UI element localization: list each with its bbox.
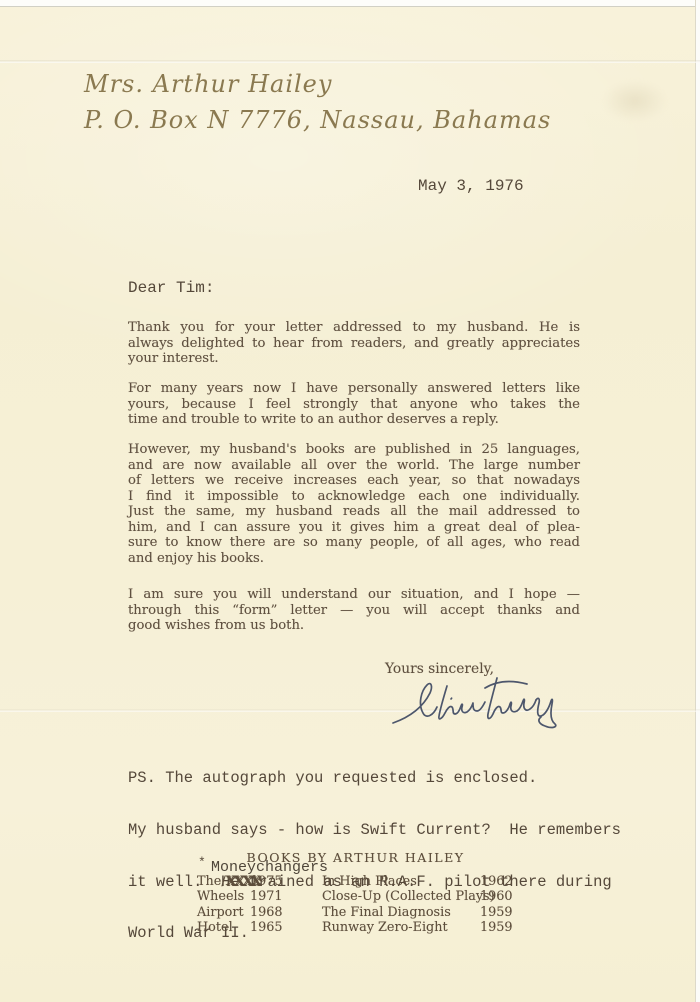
book-title: Airport	[197, 905, 244, 920]
ps-line: PS. The autograph you requested is enclo…	[128, 770, 621, 787]
body-line: sure to know there are so many people, o…	[128, 535, 580, 551]
table-row: Hotel 1965 Runway Zero-Eight 1959	[197, 920, 557, 935]
paragraph-1: Thank you for your letter addressed to m…	[128, 320, 580, 367]
signature-stroke	[451, 698, 452, 699]
scan-edge-top	[0, 6, 700, 7]
book-year: 1965	[250, 920, 283, 935]
body-line: good wishes from us both.	[128, 618, 580, 634]
fold-crease-top	[0, 60, 700, 63]
book-year: 1962	[480, 874, 513, 889]
books-list-heading: BOOKS BY ARTHUR HAILEY	[128, 850, 583, 865]
body-line: of letters we receive increases each yea…	[128, 473, 580, 489]
book-year: 1959	[480, 905, 513, 920]
signature-stroke	[536, 698, 556, 727]
body-line: always delighted to hear from readers, a…	[128, 336, 580, 352]
book-year: 1971	[250, 889, 283, 904]
book-title: The Final Diagnosis	[322, 905, 451, 920]
body-line: time and trouble to write to an author d…	[128, 412, 580, 428]
body-line: and are now available all over the world…	[128, 458, 580, 474]
body-line: I find it impossible to acknowledge each…	[128, 489, 580, 505]
body-line: Thank you for your letter addressed to m…	[128, 320, 580, 336]
book-year: 1959	[480, 920, 513, 935]
book-year: 1968	[250, 905, 283, 920]
paragraph-4: I am sure you will understand our situat…	[128, 587, 580, 634]
body-line: For many years now I have personally ans…	[128, 381, 580, 397]
book-year: 1975	[250, 874, 283, 889]
table-row: Airport 1968 The Final Diagnosis 1959	[197, 905, 557, 920]
body-line: yours, because I feel strongly that anyo…	[128, 397, 580, 413]
body-line: and enjoy his books.	[128, 551, 580, 567]
paragraph-3: However, my husband's books are publishe…	[128, 442, 580, 566]
signature-stroke	[485, 681, 527, 688]
body-line: Just the same, my husband reads all the …	[128, 504, 580, 520]
table-row: The/XXXXXXXX 1975 In High Places 1962	[197, 874, 557, 889]
scanned-letter-page: Mrs. Arthur Hailey P. O. Box N 7776, Nas…	[0, 0, 700, 1002]
book-year: 1960	[480, 889, 513, 904]
signature-stroke	[393, 684, 437, 723]
body-line: However, my husband's books are publishe…	[128, 442, 580, 458]
typed-asterisk: *	[198, 855, 206, 870]
letter-date: May 3, 1976	[418, 177, 524, 195]
scan-edge-right	[695, 0, 700, 1002]
book-title: Wheels	[197, 889, 244, 904]
book-title: Close-Up (Collected Plays)	[322, 889, 495, 904]
title-prefix: The/	[197, 874, 226, 889]
paragraph-2: For many years now I have personally ans…	[128, 381, 580, 428]
salutation: Dear Tim:	[128, 279, 214, 297]
body-line: through this “form” letter — you will ac…	[128, 603, 580, 619]
books-table: The/XXXXXXXX 1975 In High Places 1962 Wh…	[197, 874, 557, 935]
table-row: Wheels 1971 Close-Up (Collected Plays) 1…	[197, 889, 557, 904]
signature-stroke	[439, 686, 485, 719]
body-line: your interest.	[128, 351, 580, 367]
ps-line: My husband says - how is Swift Current? …	[128, 822, 621, 839]
book-title: Runway Zero-Eight	[322, 920, 448, 935]
paper-smudge	[603, 80, 667, 122]
body-line: I am sure you will understand our situat…	[128, 587, 580, 603]
fold-crease-bottom	[0, 709, 700, 712]
handwritten-signature	[390, 673, 570, 729]
body-line: him, and I can assure you it gives him a…	[128, 520, 580, 536]
letterhead-address: P. O. Box N 7776, Nassau, Bahamas	[84, 106, 551, 134]
book-title: In High Places	[322, 874, 417, 889]
book-title: Hotel	[197, 920, 233, 935]
letterhead-name: Mrs. Arthur Hailey	[84, 70, 332, 98]
